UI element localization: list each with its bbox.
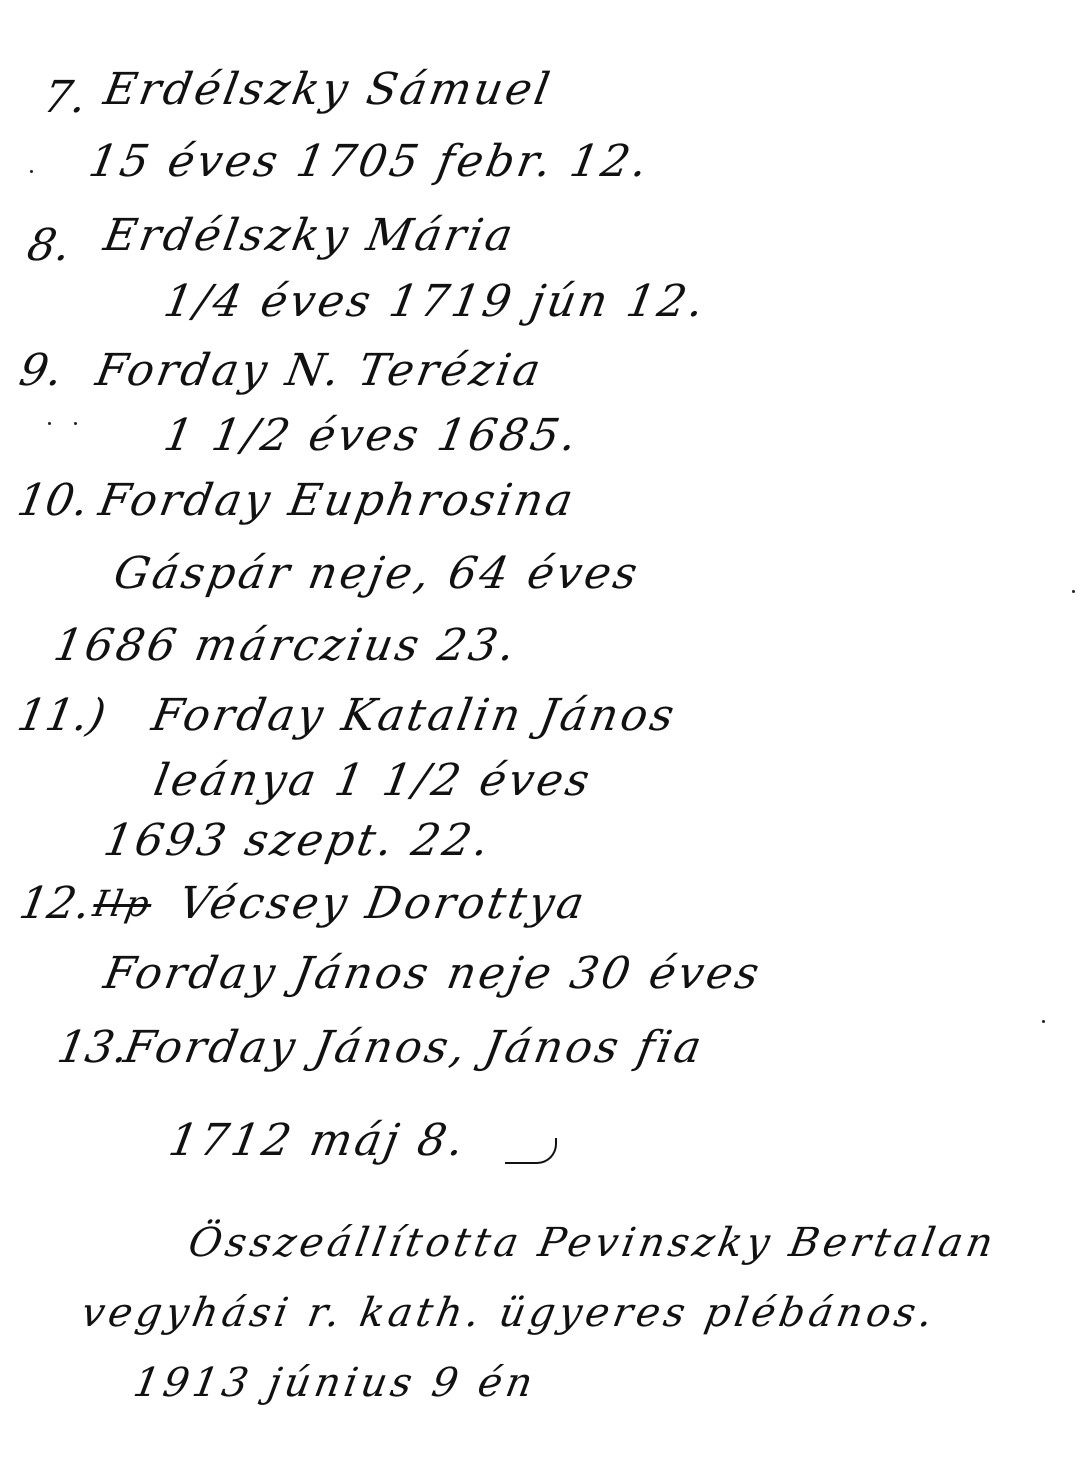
entry-number: 12.	[16, 878, 95, 929]
entry-number: 7.	[40, 72, 91, 123]
entry-detail: Forday János neje 30 éves	[100, 948, 766, 999]
certification-line: Összeállította Pevinszky Bertalan	[185, 1220, 1000, 1266]
entry-number: 10.	[14, 475, 93, 526]
entry-number: 8.	[24, 220, 75, 271]
entry-name: Erdélszky Mária	[100, 210, 519, 261]
ink-dot	[48, 422, 51, 425]
entry-name: Erdélszky Sámuel	[100, 64, 556, 115]
struck-through-text: Ilp	[90, 884, 155, 925]
entry-detail: 1712 máj 8.	[165, 1115, 471, 1166]
ink-dot	[1072, 590, 1075, 593]
ink-dot	[1042, 1020, 1045, 1023]
certification-line: vegyhási r. kath. ügyeres plébános.	[78, 1290, 940, 1336]
entry-name: Forday Euphrosina	[95, 475, 580, 526]
handwritten-document-page: 7. Erdélszky Sámuel 15 éves 1705 febr. 1…	[0, 0, 1081, 1481]
entry-number: 9.	[16, 345, 67, 396]
entry-name: Forday N. Terézia	[92, 345, 547, 396]
entry-detail: 1693 szept. 22.	[100, 815, 496, 866]
ink-dot	[30, 170, 33, 173]
entry-detail: Gáspár neje, 64 éves	[110, 548, 644, 599]
ink-flourish	[505, 1138, 557, 1164]
entry-number: 11.)	[14, 690, 110, 741]
entry-name: Forday Katalin János	[148, 690, 681, 741]
entry-detail: 1686 márczius 23.	[50, 620, 522, 671]
ink-dot	[74, 422, 77, 425]
entry-detail: leánya 1 1/2 éves	[150, 755, 596, 806]
certification-date: 1913 június 9 én	[130, 1360, 540, 1406]
entry-name: Forday János, János fia	[120, 1022, 708, 1073]
entry-detail: 1/4 éves 1719 jún 12.	[160, 276, 711, 327]
entry-name: Vécsey Dorottya	[175, 878, 591, 929]
entry-detail: 15 éves 1705 febr. 12.	[85, 136, 654, 187]
entry-detail: 1 1/2 éves 1685.	[160, 410, 583, 461]
